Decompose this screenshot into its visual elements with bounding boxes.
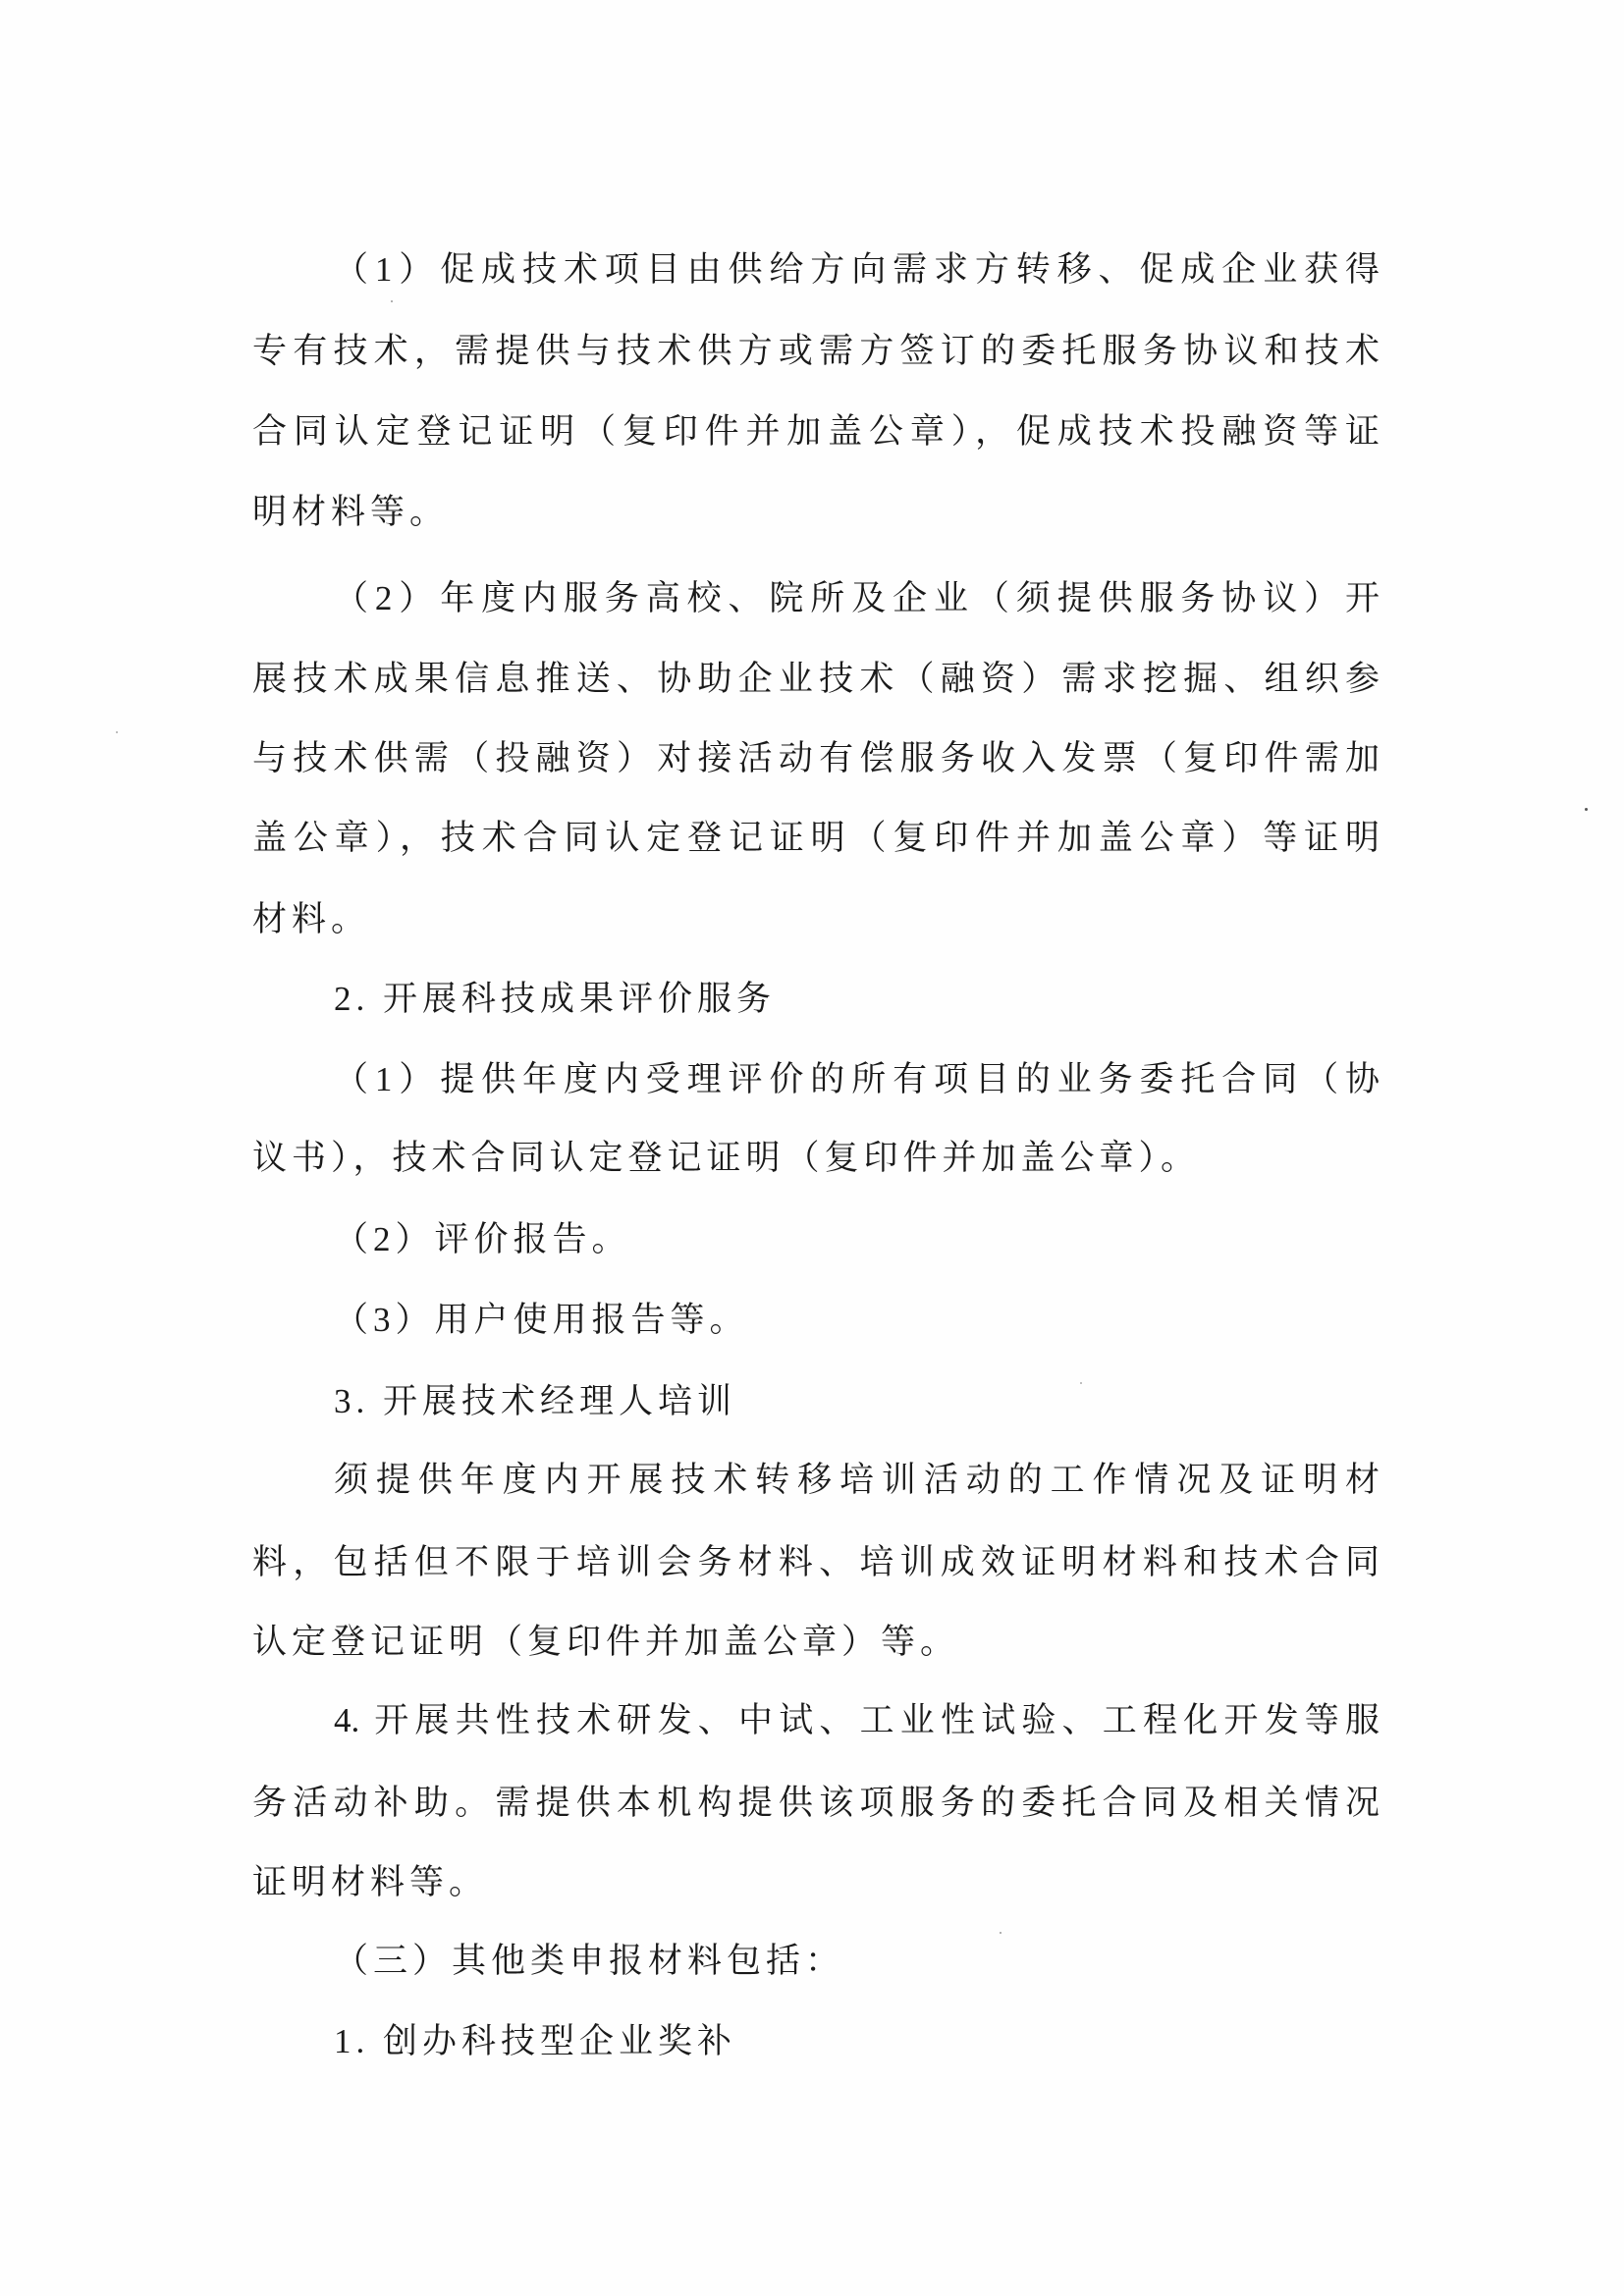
scan-speck <box>116 731 118 733</box>
text-line: 议书），技术合同认定登记证明（复印件并加盖公章）。 <box>252 1134 1200 1183</box>
scan-speck <box>1000 1932 1001 1934</box>
section-heading: 4. 开展共性技术研发、中试、工业性试验、工程化开发等服 <box>334 1696 1380 1745</box>
scan-speck <box>391 300 393 302</box>
section-heading: （三）其他类申报材料包括： <box>334 1937 844 1986</box>
text-line: （2）评价报告。 <box>334 1215 631 1264</box>
text-line: （3）用户使用报告等。 <box>334 1296 749 1345</box>
text-line: 认定登记证明（复印件并加盖公章）等。 <box>252 1618 959 1667</box>
text-line: 合同认定登记证明（复印件并加盖公章），促成技术投融资等证 <box>252 407 1380 456</box>
section-heading: 3. 开展技术经理人培训 <box>334 1377 736 1426</box>
text-line: 证明材料等。 <box>252 1858 488 1907</box>
text-line: 盖公章），技术合同认定登记证明（复印件并加盖公章）等证明 <box>252 814 1380 863</box>
text-line: 专有技术，需提供与技术供方或需方签订的委托服务协议和技术 <box>252 327 1380 376</box>
text-line: 务活动补助。需提供本机构提供该项服务的委托合同及相关情况 <box>252 1779 1380 1828</box>
scan-speck <box>1080 1382 1082 1384</box>
text-line: 料，包括但不限于培训会务材料、培训成效证明材料和技术合同 <box>252 1538 1380 1587</box>
section-heading: 1. 创办科技型企业奖补 <box>334 2017 736 2066</box>
scanned-document-page: （1）促成技术项目由供给方向需求方转移、促成企业获得 专有技术，需提供与技术供方… <box>0 0 1624 2296</box>
scan-speck <box>1585 808 1588 811</box>
text-line: 展技术成果信息推送、协助企业技术（融资）需求挖掘、组织参 <box>252 655 1380 704</box>
text-line: 须提供年度内开展技术转移培训活动的工作情况及证明材 <box>334 1456 1380 1505</box>
text-line: （1）提供年度内受理评价的所有项目的业务委托合同（协 <box>334 1055 1380 1104</box>
text-line: 与技术供需（投融资）对接活动有偿服务收入发票（复印件需加 <box>252 734 1380 783</box>
text-line: （1）促成技术项目由供给方向需求方转移、促成企业获得 <box>334 245 1380 294</box>
text-line: 材料。 <box>252 895 370 944</box>
section-heading: 2. 开展科技成果评价服务 <box>334 975 776 1024</box>
text-line: 明材料等。 <box>252 488 449 537</box>
text-line: （2）年度内服务高校、院所及企业（须提供服务协议）开 <box>334 574 1380 623</box>
